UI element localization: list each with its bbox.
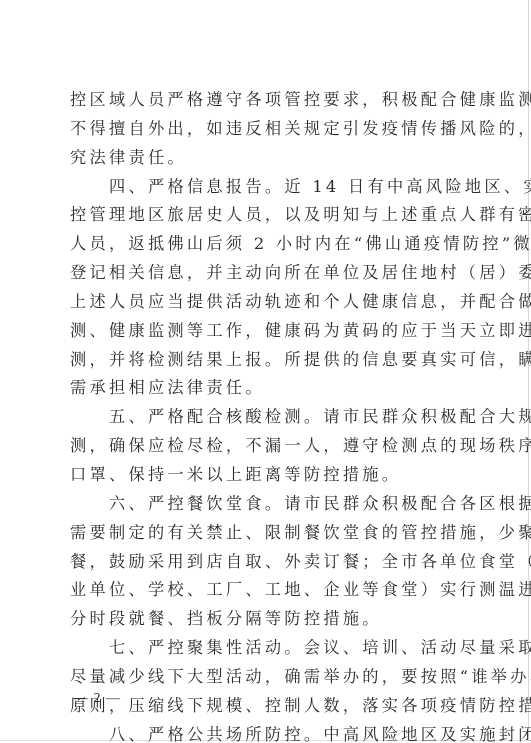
section-4-heading-line: 四、严格信息报告。近 14 日有中高风险地区、实施封闭、封 — [70, 173, 464, 202]
text-line: 业单位、学校、工厂、工地、企业等食堂）实行测温进场、分批 — [70, 576, 464, 605]
text-line: 原则，压缩线下规模、控制人数，落实各项疫情防控措施。 — [70, 692, 464, 721]
text-line: 上述人员应当提供活动轨迹和个人健康信息，并配合做好核酸检 — [70, 288, 464, 317]
text-line: 测、健康监测等工作，健康码为黄码的应于当天立即进行核酸检 — [70, 317, 464, 346]
page-number: — 2 — — [74, 691, 121, 707]
section-6-heading-line: 六、严控餐饮堂食。请市民群众积极配合各区根据疫情防控 — [70, 490, 464, 519]
text-line: 测，并将检测结果上报。所提供的信息要真实可信，瞒报、谎报 — [70, 346, 464, 375]
text-line: 测，确保应检尽检，不漏一人，遵守检测点的现场秩序，落实戴 — [70, 432, 464, 461]
text-line: 人员，返抵佛山后须 2 小时内在“佛山通疫情防控”微信小程序 — [70, 230, 464, 259]
text-line: 需承担相应法律责任。 — [70, 374, 464, 403]
text-line: 不得擅自外出，如违反相关规定引发疫情传播风险的，将依法追 — [70, 115, 464, 144]
section-7-heading-line: 七、严控聚集性活动。会议、培训、活动尽量采取线上方式， — [70, 634, 464, 663]
text-line: 餐，鼓励采用到店自取、外卖订餐；全市各单位食堂（含机关事 — [70, 548, 464, 577]
section-5-heading-line: 五、严格配合核酸检测。请市民群众积极配合大规模核酸检 — [70, 403, 464, 432]
text-line: 需要制定的有关禁止、限制餐饮堂食的管控措施，少聚集、少聚 — [70, 519, 464, 548]
section-8-heading-line: 八、严格公共场所防控。中高风险地区及实施封闭、封控管 — [70, 721, 464, 743]
text-line: 究法律责任。 — [70, 144, 464, 173]
document-page: 控区域人员严格遵守各项管控要求，积极配合健康监测等工作， 不得擅自外出，如违反相… — [0, 0, 529, 741]
text-line: 分时段就餐、挡板分隔等防控措施。 — [70, 605, 464, 634]
text-line: 口罩、保持一米以上距离等防控措施。 — [70, 461, 464, 490]
document-body: 控区域人员严格遵守各项管控要求，积极配合健康监测等工作， 不得擅自外出，如违反相… — [70, 86, 464, 743]
text-line: 尽量减少线下大型活动，确需举办的，要按照“谁举办、谁负责” — [70, 663, 464, 692]
text-line: 控区域人员严格遵守各项管控要求，积极配合健康监测等工作， — [70, 86, 464, 115]
text-line: 登记相关信息，并主动向所在单位及居住地村（居）委会报告。 — [70, 259, 464, 288]
text-line: 控管理地区旅居史人员，以及明知与上述重点人群有密切接触的 — [70, 201, 464, 230]
